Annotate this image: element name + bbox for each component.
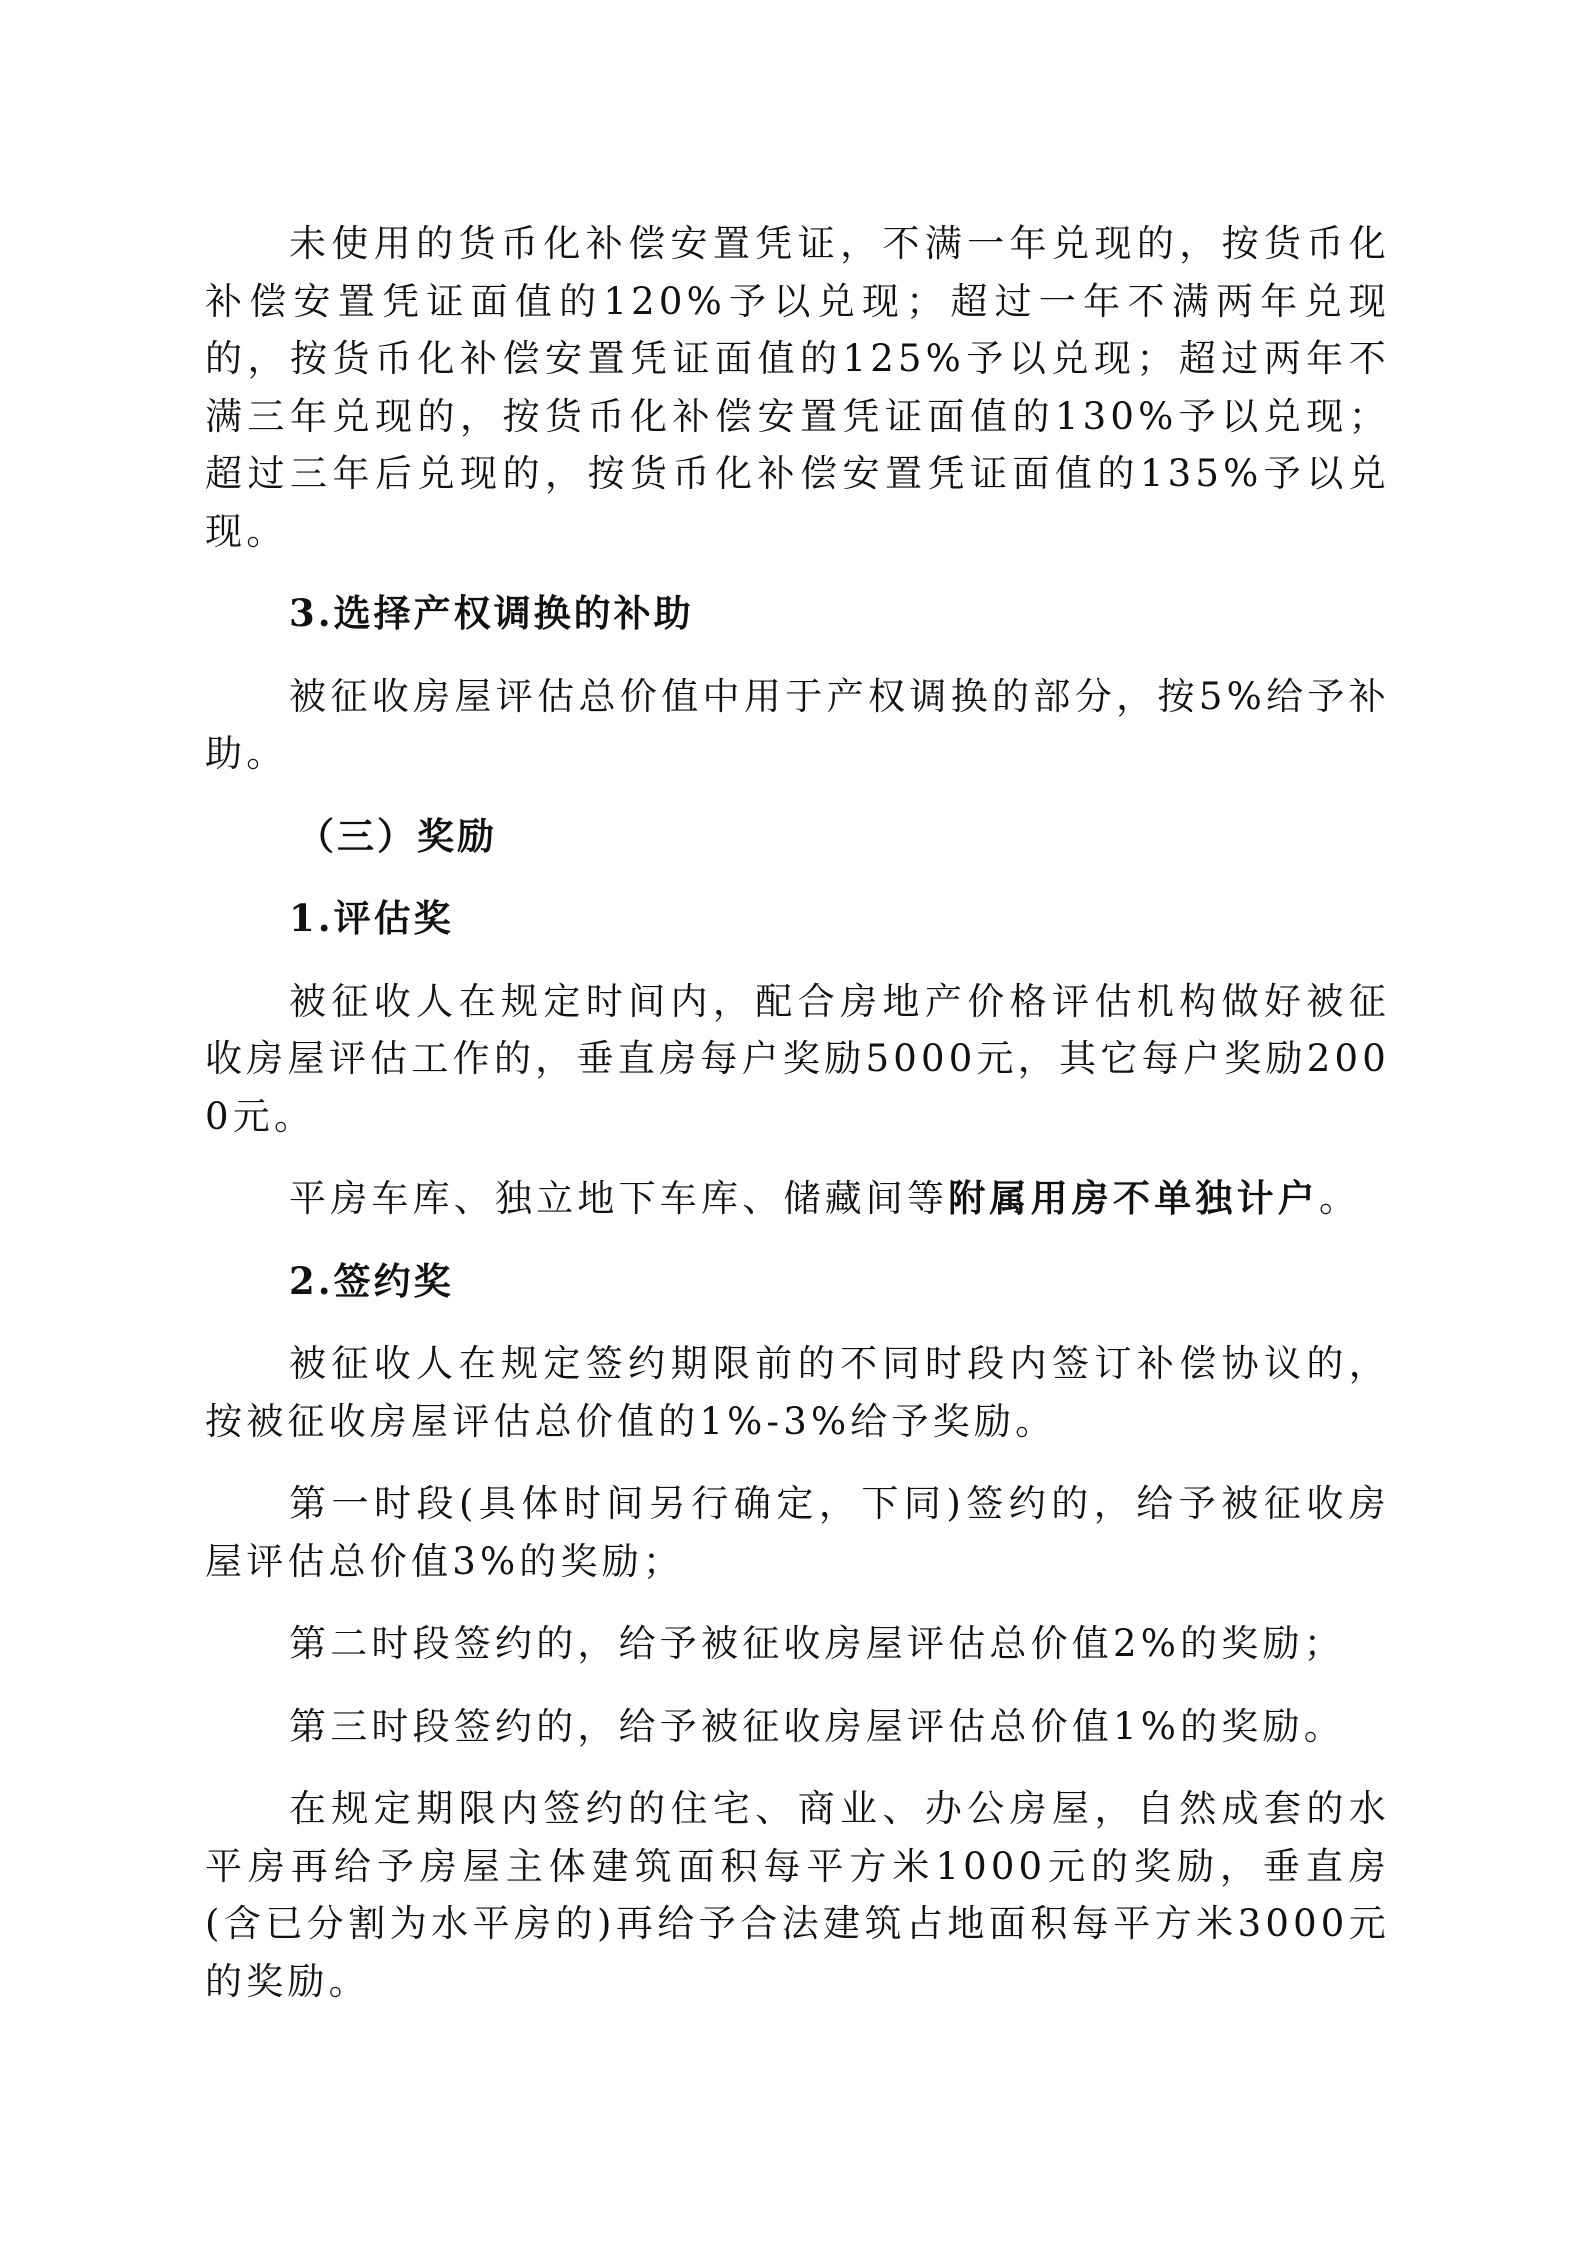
heading-section-rewards: （三）奖励 <box>205 808 1390 866</box>
heading-property-swap-subsidy: 3.选择产权调换的补助 <box>205 585 1390 643</box>
paragraph-area-reward: 在规定期限内签约的住宅、商业、办公房屋，自然成套的水平房再给予房屋主体建筑面积每… <box>205 1780 1390 2010</box>
paragraph-phase-2: 第二时段签约的，给予被征收房屋评估总价值2%的奖励； <box>205 1615 1390 1673</box>
ancillary-text-suffix: 。 <box>1319 1177 1360 1220</box>
heading-signing-reward: 2.签约奖 <box>205 1253 1390 1311</box>
heading-assessment-reward: 1.评估奖 <box>205 890 1390 948</box>
paragraph-assessment-reward: 被征收人在规定时间内，配合房地产价格评估机构做好被征收房屋评估工作的，垂直房每户… <box>205 973 1390 1146</box>
paragraph-phase-3: 第三时段签约的，给予被征收房屋评估总价值1%的奖励。 <box>205 1698 1390 1756</box>
paragraph-property-swap-subsidy: 被征收房屋评估总价值中用于产权调换的部分，按5%给予补助。 <box>205 668 1390 783</box>
ancillary-text-prefix: 平房车库、独立地下车库、储藏间等 <box>289 1177 948 1220</box>
paragraph-voucher-redemption: 未使用的货币化补偿安置凭证，不满一年兑现的，按货币化补偿安置凭证面值的120%予… <box>205 215 1390 560</box>
paragraph-ancillary-rooms: 平房车库、独立地下车库、储藏间等附属用房不单独计户。 <box>205 1170 1390 1228</box>
ancillary-text-emphasis: 附属用房不单独计户 <box>948 1176 1319 1220</box>
paragraph-phase-1: 第一时段(具体时间另行确定，下同)签约的，给予被征收房屋评估总价值3%的奖励； <box>205 1475 1390 1590</box>
document-page: 未使用的货币化补偿安置凭证，不满一年兑现的，按货币化补偿安置凭证面值的120%予… <box>205 215 1390 2035</box>
paragraph-signing-reward: 被征收人在规定签约期限前的不同时段内签订补偿协议的，按被征收房屋评估总价值的1%… <box>205 1335 1390 1450</box>
